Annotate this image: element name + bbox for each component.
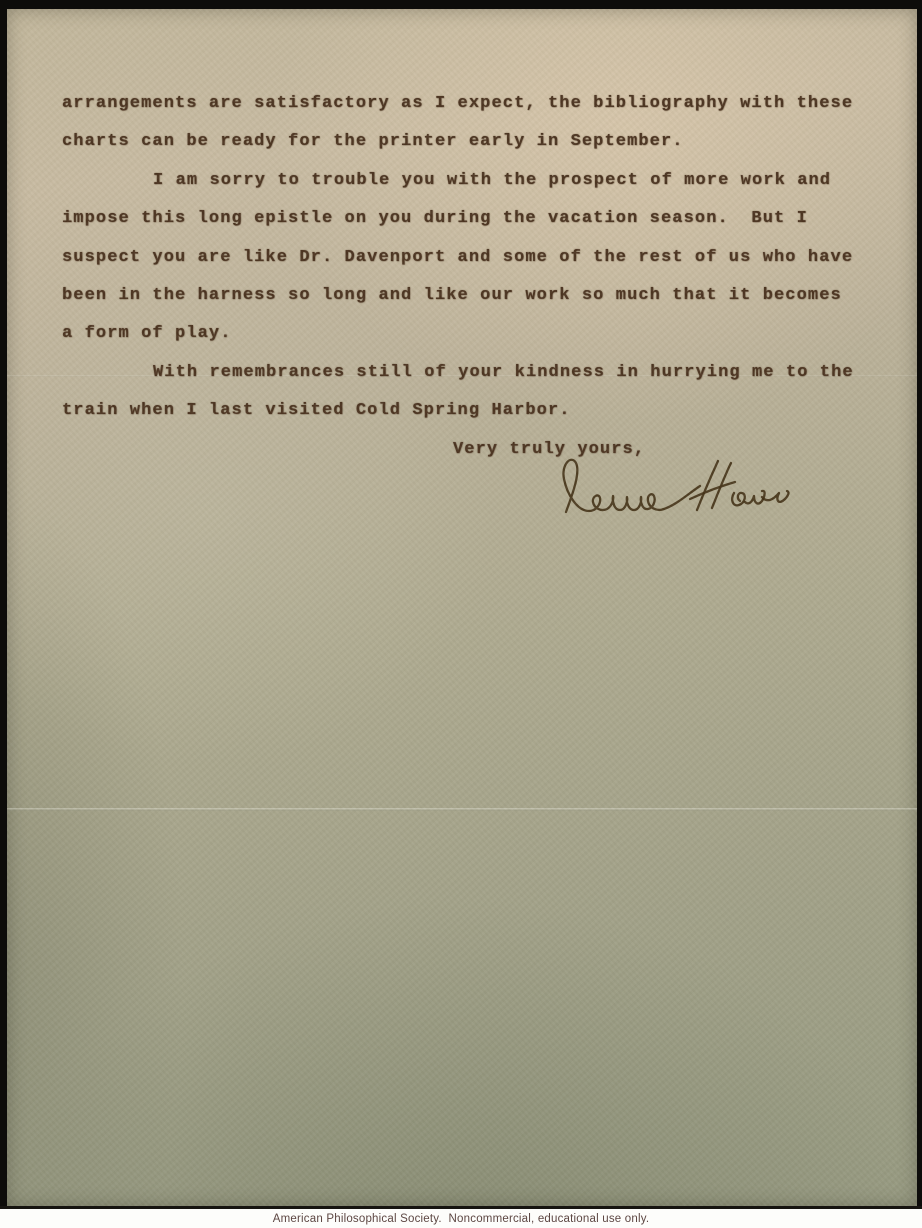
letter-line: been in the harness so long and like our… — [62, 277, 874, 315]
letter-body: arrangements are satisfactory as I expec… — [62, 85, 874, 469]
letter-line: impose this long epistle on you during t… — [62, 200, 874, 238]
paper-fold-crease — [7, 808, 917, 811]
letter-line: a form of play. — [62, 315, 874, 353]
attribution-text: American Philosophical Society. Noncomme… — [273, 1213, 649, 1225]
letter-line: I am sorry to trouble you with the prosp… — [62, 162, 874, 200]
letter-line: suspect you are like Dr. Davenport and s… — [62, 239, 874, 277]
attribution-strip: American Philosophical Society. Noncomme… — [0, 1206, 922, 1228]
scanned-letter-page: arrangements are satisfactory as I expec… — [0, 0, 922, 1228]
letter-line: train when I last visited Cold Spring Ha… — [62, 392, 874, 430]
letter-line: charts can be ready for the printer earl… — [62, 123, 874, 161]
handwritten-signature — [550, 446, 800, 561]
letter-paper: arrangements are satisfactory as I expec… — [7, 9, 917, 1207]
letter-line: With remembrances still of your kindness… — [62, 354, 874, 392]
letter-line: arrangements are satisfactory as I expec… — [62, 85, 874, 123]
